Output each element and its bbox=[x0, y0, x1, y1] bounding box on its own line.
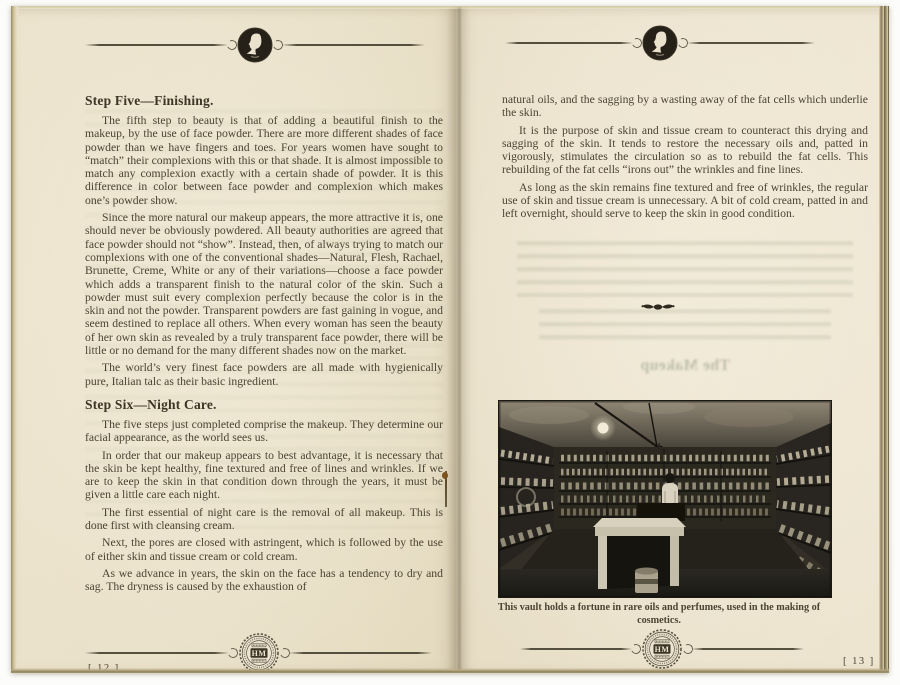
ornament-rule bbox=[505, 42, 633, 43]
photo-caption: This vault holds a fortune in rare oils … bbox=[483, 602, 835, 627]
top-ornament-left bbox=[85, 25, 425, 65]
ornament-rule bbox=[687, 42, 815, 43]
page-edge-bottom bbox=[11, 668, 889, 673]
right-page: natural oils, and the sagging by a wasti… bbox=[456, 9, 890, 669]
bottom-ornament-left: HM bbox=[85, 633, 432, 673]
bleed-through-texture bbox=[517, 241, 854, 297]
paragraph: As we advance in years, the skin on the … bbox=[85, 567, 443, 594]
cameo-silhouette-icon bbox=[642, 25, 678, 61]
vault-photo bbox=[498, 400, 832, 598]
paragraph: The five steps just completed comprise t… bbox=[85, 418, 443, 445]
scroll-curl-icon bbox=[278, 647, 291, 660]
book-gutter-shadow bbox=[447, 6, 471, 673]
scroll-curl-icon bbox=[272, 39, 285, 52]
vault-photo-image bbox=[499, 401, 831, 597]
paragraph: The first essential of night care is the… bbox=[85, 506, 443, 533]
paragraph: Next, the pores are closed with astringe… bbox=[85, 536, 443, 563]
ornament-rule bbox=[85, 44, 228, 45]
page-edge-left bbox=[11, 6, 19, 673]
scroll-curl-icon bbox=[677, 37, 690, 50]
book-scan: Step Five—Finishing. The fifth step to b… bbox=[0, 0, 900, 685]
page-edge-right bbox=[879, 6, 889, 673]
bleed-through-area: The Makeup bbox=[502, 241, 868, 399]
open-book: Step Five—Finishing. The fifth step to b… bbox=[11, 6, 889, 673]
fleuron-divider-icon bbox=[640, 299, 676, 309]
bleed-through-heading: The Makeup bbox=[502, 357, 868, 375]
hm-monogram-seal-icon: HM bbox=[641, 628, 683, 670]
paragraph: natural oils, and the sagging by a wasti… bbox=[502, 93, 868, 120]
hm-seal-text: HM bbox=[655, 645, 670, 654]
paragraph: It is the purpose of skin and tissue cre… bbox=[502, 124, 868, 177]
paragraph: The world’s very finest face powders are… bbox=[85, 361, 443, 388]
ornament-rule bbox=[692, 648, 804, 649]
ornament-rule bbox=[520, 648, 632, 649]
ornament-rule bbox=[289, 652, 433, 653]
top-ornament-right bbox=[505, 23, 815, 63]
bottom-ornament-right: HM bbox=[520, 629, 804, 669]
right-page-text: natural oils, and the sagging by a wasti… bbox=[502, 93, 868, 225]
cameo-silhouette-icon bbox=[237, 27, 273, 63]
hm-seal-text: HM bbox=[251, 649, 266, 658]
page-number-13: [ 13 ] bbox=[843, 656, 875, 667]
paragraph: As long as the skin remains fine texture… bbox=[502, 181, 868, 221]
ornament-rule bbox=[282, 44, 425, 45]
paragraph: In order that our makeup appears to best… bbox=[85, 449, 443, 502]
heading-step-five: Step Five—Finishing. bbox=[85, 93, 443, 109]
paragraph: Since the more natural our makeup appear… bbox=[85, 211, 443, 357]
left-page: Step Five—Finishing. The fifth step to b… bbox=[18, 9, 456, 669]
page-edge-top bbox=[11, 6, 889, 9]
scroll-curl-icon bbox=[682, 643, 695, 656]
binding-stitch-knot bbox=[442, 472, 448, 479]
bleed-through-texture bbox=[539, 309, 832, 343]
paragraph: The fifth step to beauty is that of addi… bbox=[85, 114, 443, 207]
heading-step-six: Step Six—Night Care. bbox=[85, 397, 443, 413]
left-page-text: Step Five—Finishing. The fifth step to b… bbox=[85, 93, 443, 598]
ornament-rule bbox=[85, 652, 229, 653]
